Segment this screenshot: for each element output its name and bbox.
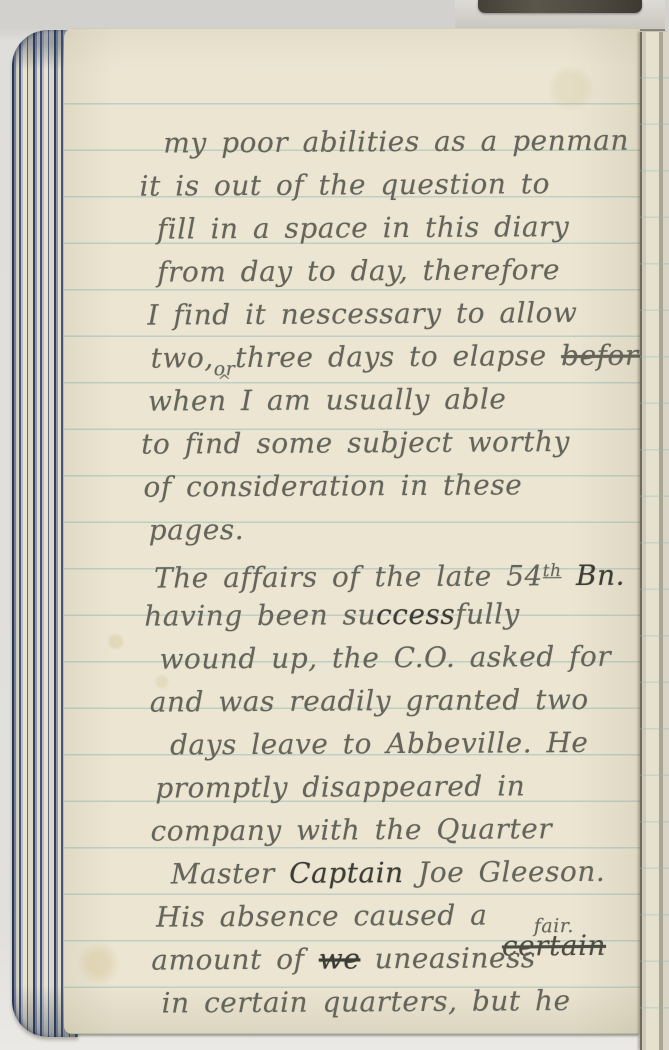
hand-text: ccess (376, 598, 455, 631)
handwritten-line: wound up, the C.O. asked for (128, 636, 669, 683)
handwritten-line: it is out of the question to (126, 163, 669, 210)
handwritten-line: having been successfully (128, 593, 669, 640)
hand-text: of consideration in these (143, 468, 522, 503)
handwritten-line: Master Captain Joe Gleeson. (130, 851, 669, 898)
handwritten-line: His absence caused a fair.certain (130, 894, 669, 941)
hand-text: Joe Gleeson. (404, 855, 606, 889)
hand-text: fill in a space in this diary (157, 210, 570, 246)
hand-text: days leave to Abbeville. He (170, 726, 589, 762)
handwritten-line: and was readily granted two (129, 679, 669, 726)
hand-text: three days to elapse (235, 339, 561, 374)
facing-page-edge (640, 32, 669, 1050)
hand-text: it is out of the question to (140, 167, 550, 203)
notebook-page: my poor abilities as a penmanit is out o… (64, 28, 640, 1034)
text-block: my poor abilities as a penmanit is out o… (125, 120, 669, 1027)
handwritten-line: promptly disappeared in (129, 765, 669, 812)
handwritten-line: two,or^three days to elapse before (127, 335, 669, 382)
handwritten-line: when I am usually able (127, 378, 669, 425)
handwritten-line: fill in a space in this diary (126, 206, 669, 253)
handwritten-line: pages. (128, 507, 669, 554)
handwritten-line: of consideration in these (127, 464, 669, 511)
hand-text: company with the Quarter (150, 812, 552, 847)
handwritten-line: company with the Quarter (129, 808, 669, 855)
hand-text: th (543, 561, 562, 581)
book-clamp (478, 0, 642, 13)
hand-text: uneasiness (360, 941, 536, 975)
hand-text: when I am usually able (148, 382, 507, 417)
hand-text: I find it nescessary to allow (147, 296, 577, 332)
hand-text: His absence caused a (156, 898, 502, 933)
hand-text: and was readily granted two (150, 683, 589, 719)
hand-text: amount of (151, 943, 319, 977)
hand-text: wound up, the C.O. asked for (159, 640, 611, 676)
hand-text: fully (455, 597, 520, 630)
handwritten-line: days leave to Abbeville. He (129, 722, 669, 769)
hand-text: Bn. (576, 559, 625, 592)
hand-text: two, (151, 341, 214, 374)
hand-text: Captain (289, 856, 404, 890)
handwritten-line: my poor abilities as a penman (125, 120, 669, 167)
hand-text: my poor abilities as a penman (163, 124, 629, 160)
handwritten-line: to find some subject worthy (127, 421, 669, 468)
handwritten-line: in certain quarters, but he (131, 980, 669, 1027)
handwritten-line: I find it nescessary to allow (126, 292, 669, 339)
handwritten-line: The affairs of the late 54th Bn. (128, 550, 669, 597)
hand-text: pages. (149, 513, 245, 547)
struck-word: we (319, 942, 361, 975)
hand-text: to find some subject worthy (141, 425, 570, 461)
handwritten-line: from day to day, therefore (126, 249, 669, 296)
hand-text: promptly disappeared in (155, 769, 525, 804)
hand-text: from day to day, therefore (157, 253, 560, 288)
hand-text: Master (171, 857, 290, 891)
hand-text: The affairs of the late 54 (154, 559, 543, 594)
hand-text: in certain quarters, but he (162, 984, 571, 1019)
manuscript-photo: my poor abilities as a penmanit is out o… (0, 0, 669, 1050)
hand-text: having been su (144, 598, 376, 632)
hand-text (561, 559, 576, 592)
